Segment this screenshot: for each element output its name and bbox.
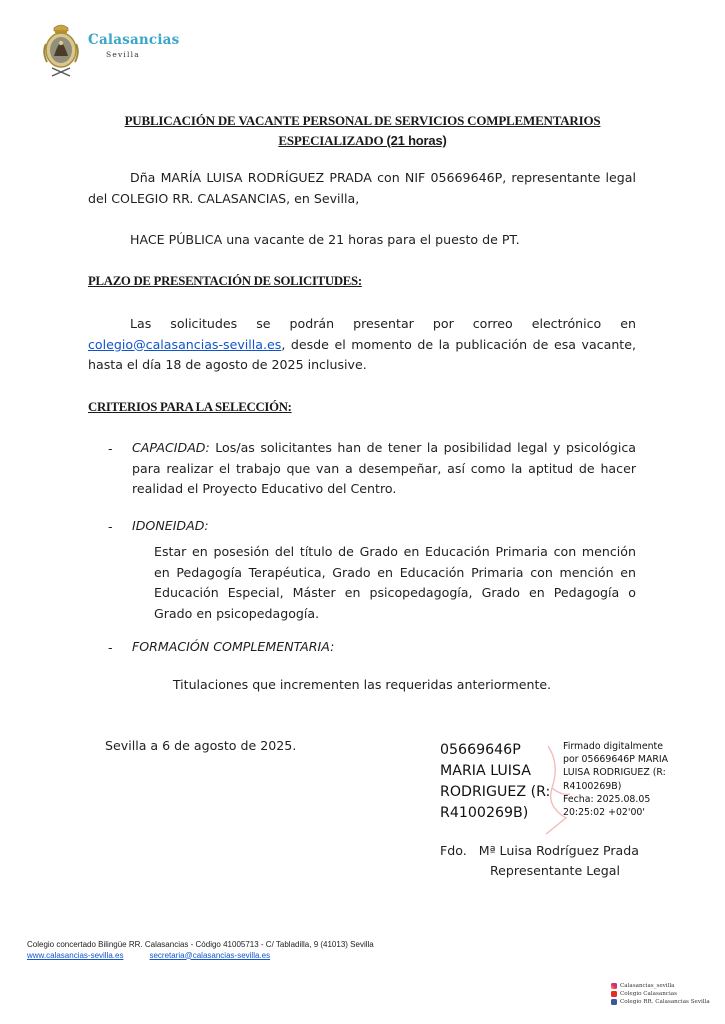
footer-address: Colegio concertado Bilingüe RR. Calasanc… xyxy=(27,940,374,951)
footer-email-link[interactable]: secretaria@calasancias-sevilla.es xyxy=(149,951,270,960)
signed-by: Fdo. Mª Luisa Rodríguez Prada xyxy=(440,843,639,858)
youtube-icon xyxy=(611,991,617,997)
date-line: Sevilla a 6 de agosto de 2025. xyxy=(105,738,296,753)
youtube-label: Colegio Calasancias xyxy=(620,990,677,998)
signature-time: 20:25:02 +02'00' xyxy=(563,806,668,819)
signer-name-line: R4100269B) xyxy=(440,803,550,824)
criterio-label-idoneidad: IDONEIDAD: xyxy=(132,516,636,537)
signer-name-line: MARIA LUISA xyxy=(440,761,550,782)
school-logo: Calasancias Sevilla xyxy=(38,22,158,82)
facebook-label: Colegio RR. Calasancias Sevilla xyxy=(620,998,710,1006)
instagram-label: Calasancias_sevilla xyxy=(620,982,675,990)
title-specialized: ESPECIALIZADO xyxy=(278,133,386,148)
criterio-label-capacidad: CAPACIDAD: xyxy=(132,440,210,455)
bullet-formacion: - xyxy=(108,640,113,655)
instagram-icon xyxy=(611,983,617,989)
signer-name-line: 05669646P xyxy=(440,740,550,761)
document-title-line-2: ESPECIALIZADO (21 horas) xyxy=(80,133,645,149)
footer-website-link[interactable]: www.calasancias-sevilla.es xyxy=(27,951,123,960)
social-youtube[interactable]: Colegio Calasancias xyxy=(611,990,710,998)
social-facebook[interactable]: Colegio RR. Calasancias Sevilla xyxy=(611,998,710,1006)
signature-detail-line: por 05669646P MARIA xyxy=(563,753,668,766)
social-links: Calasancias_sevilla Colegio Calasancias … xyxy=(611,982,710,1006)
criterio-text-idoneidad: Estar en posesión del título de Grado en… xyxy=(154,542,636,624)
digital-signature[interactable]: 05669646P MARIA LUISA RODRIGUEZ (R: R410… xyxy=(440,740,710,835)
brand-city: Sevilla xyxy=(106,50,140,59)
signer-name: 05669646P MARIA LUISA RODRIGUEZ (R: R410… xyxy=(440,740,550,824)
criterio-capacidad: CAPACIDAD: Los/as solicitantes han de te… xyxy=(132,438,636,500)
document-title-line-1: PUBLICACIÓN DE VACANTE PERSONAL DE SERVI… xyxy=(80,113,645,129)
brand-name: Calasancias xyxy=(88,32,179,48)
facebook-icon xyxy=(611,999,617,1005)
school-crest-icon xyxy=(38,22,84,80)
plazo-text-before: Las solicitudes se podrán presentar por … xyxy=(130,316,636,331)
bullet-idoneidad: - xyxy=(108,519,113,534)
title-hours: (21 horas) xyxy=(386,133,446,148)
intro-paragraph: Dña MARÍA LUISA RODRÍGUEZ PRADA con NIF … xyxy=(88,168,636,209)
announcement-paragraph: HACE PÚBLICA una vacante de 21 horas par… xyxy=(88,230,636,251)
application-email-link[interactable]: colegio@calasancias-sevilla.es xyxy=(88,337,281,352)
signer-name-line: RODRIGUEZ (R: xyxy=(440,782,550,803)
criterios-heading: CRITERIOS PARA LA SELECCIÓN: xyxy=(88,400,292,415)
formacion-label: FORMACIÓN COMPLEMENTARIA: xyxy=(132,639,334,654)
social-instagram[interactable]: Calasancias_sevilla xyxy=(611,982,710,990)
signature-detail-line: Firmado digitalmente xyxy=(563,740,668,753)
idoneidad-label: IDONEIDAD: xyxy=(132,518,209,533)
plazo-paragraph: Las solicitudes se podrán presentar por … xyxy=(88,314,636,376)
signature-details: Firmado digitalmente por 05669646P MARIA… xyxy=(563,740,668,819)
bullet-capacidad: - xyxy=(108,441,113,456)
criterio-label-formacion: FORMACIÓN COMPLEMENTARIA: xyxy=(132,637,636,658)
signature-detail-line: LUISA RODRIGUEZ (R: xyxy=(563,766,668,779)
footer: Colegio concertado Bilingüe RR. Calasanc… xyxy=(27,940,374,961)
criterio-text-formacion: Titulaciones que incrementen las requeri… xyxy=(88,677,636,692)
plazo-heading: PLAZO DE PRESENTACIÓN DE SOLICITUDES: xyxy=(88,274,362,289)
signature-detail-line: R4100269B) xyxy=(563,780,668,793)
signature-date: Fecha: 2025.08.05 xyxy=(563,793,668,806)
signer-role: Representante Legal xyxy=(490,863,620,878)
